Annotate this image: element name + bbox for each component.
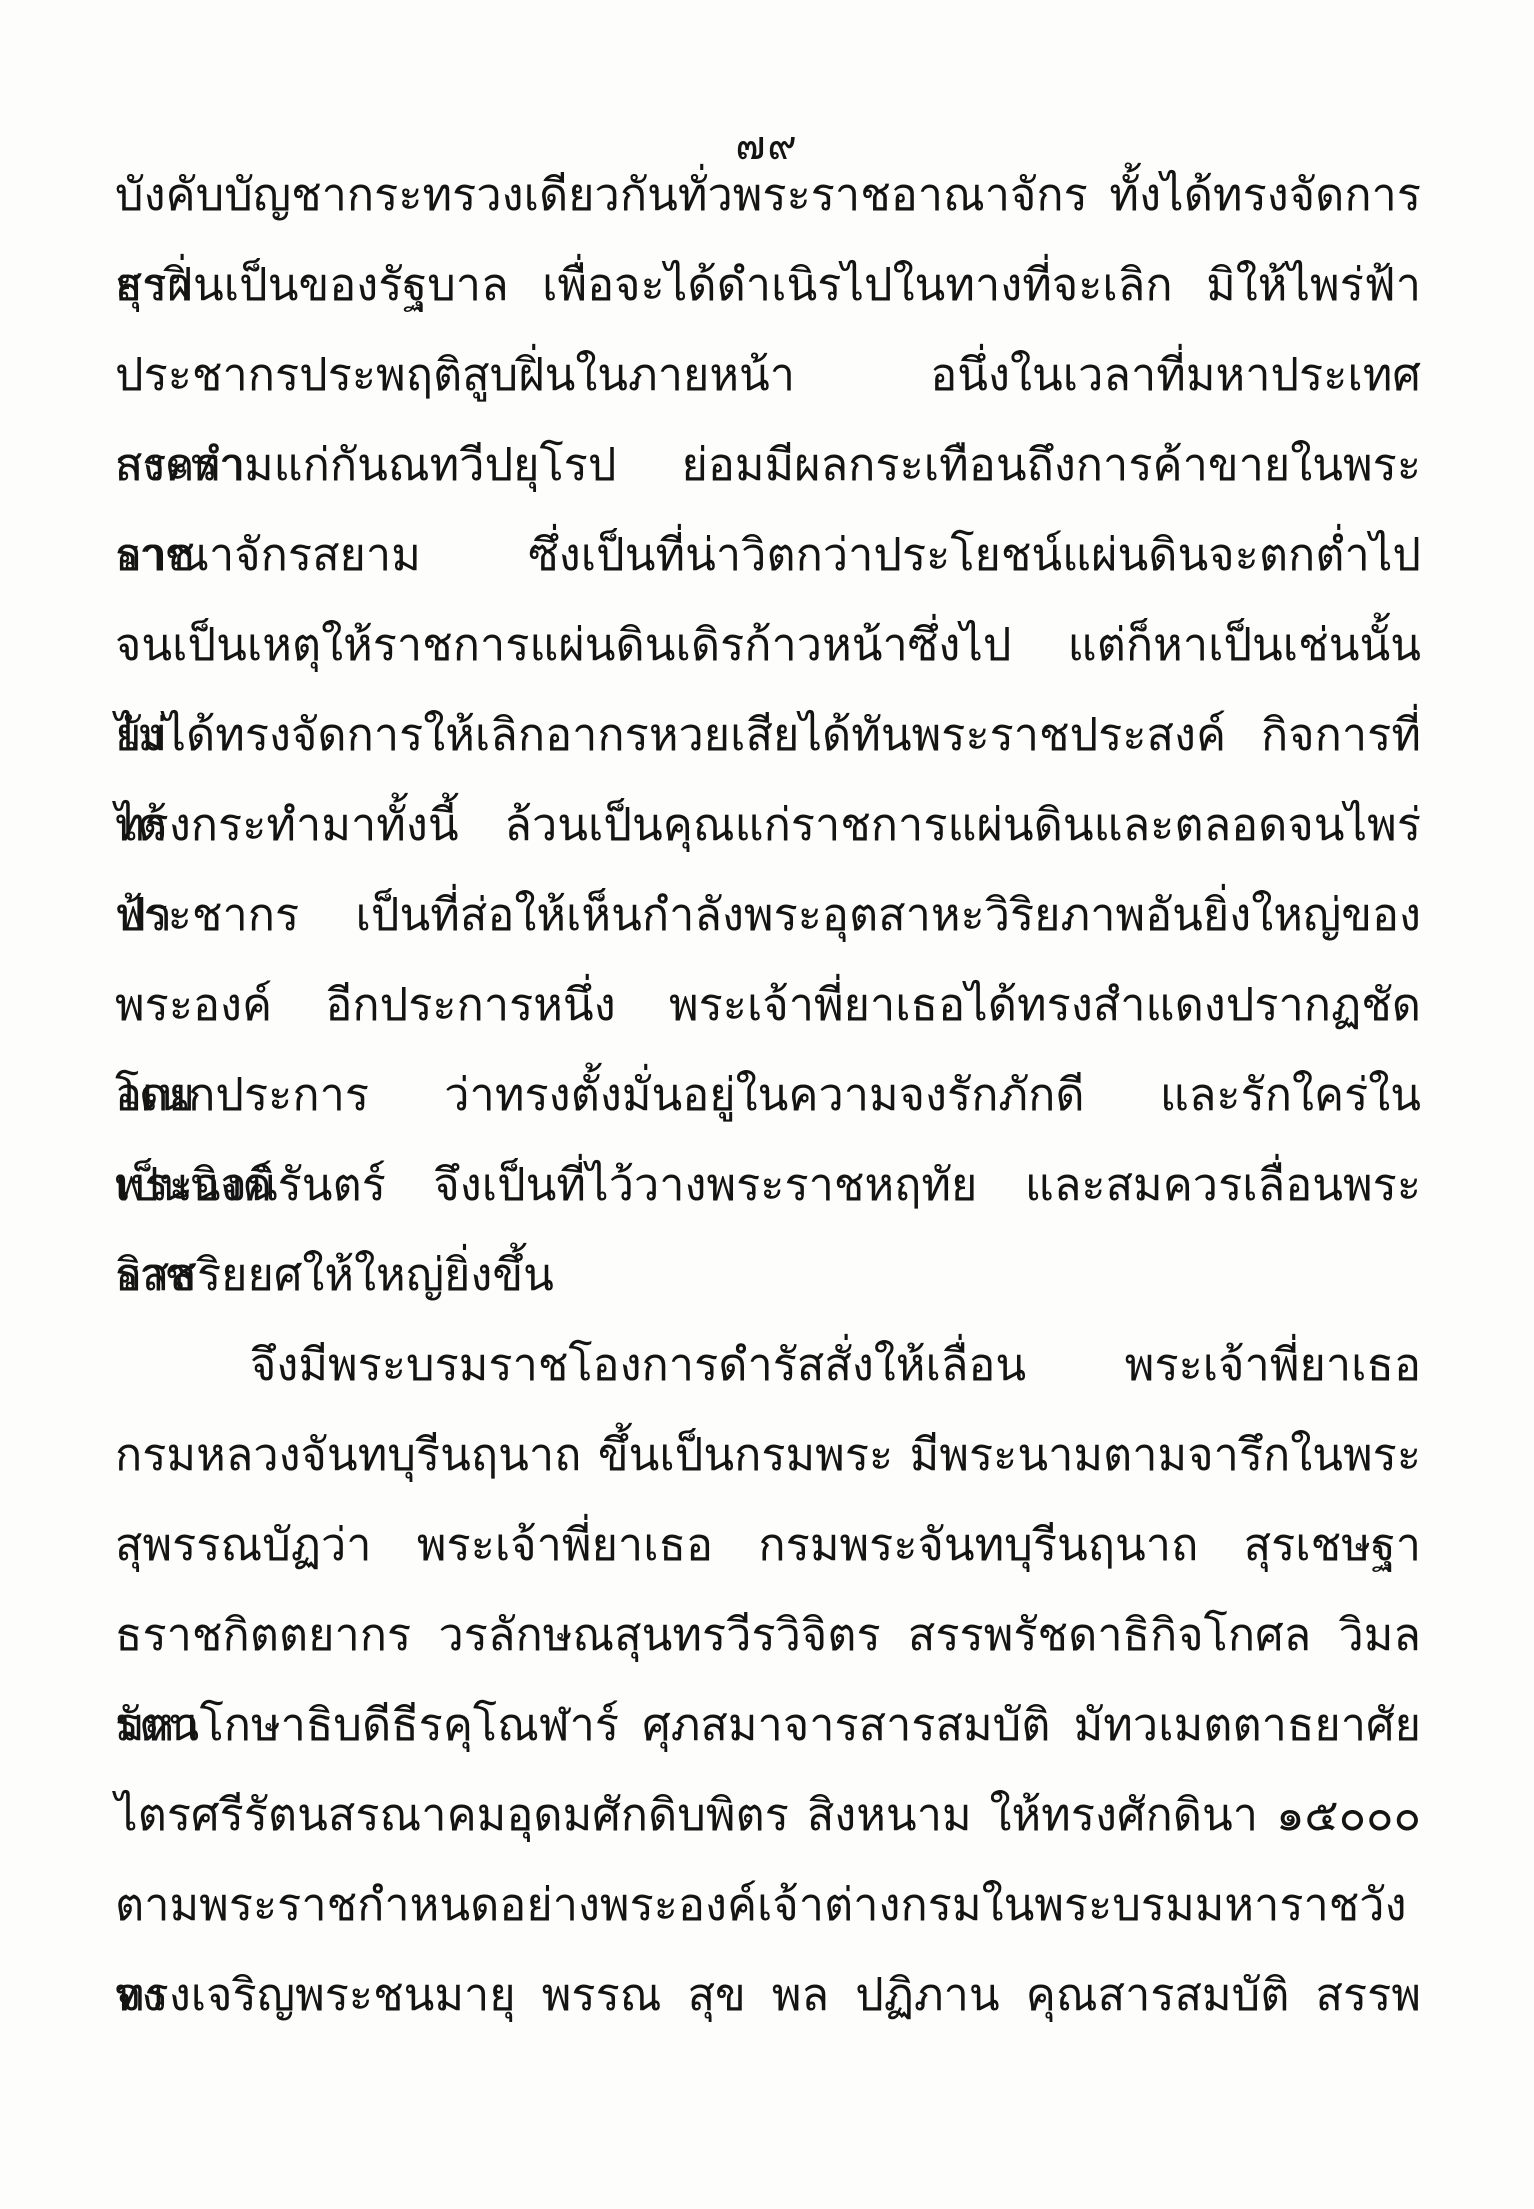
- text-line: ทรงเจริญพระชนมายุ พรรณ สุข พล ปฏิภาน คุณ…: [115, 1950, 1421, 2040]
- text-line: จนเป็นเหตุให้ราชการแผ่นดินเดิรก้าวหน้าซึ…: [115, 600, 1421, 690]
- text-line: บังคับบัญชากระทรวงเดียวกันทั่วพระราชอาณา…: [115, 150, 1421, 240]
- text-line: ประชากรประพฤติสูบฝิ่นในภายหน้า อนึ่งในเว…: [115, 330, 1421, 420]
- text-line-paragraph-start: จึงมีพระบรมราชโองการดำรัสสั่งให้เลื่อน พ…: [115, 1320, 1421, 1410]
- scanned-page: ๗๙ บังคับบัญชากระทรวงเดียวกันทั่วพระราชอ…: [0, 0, 1534, 2209]
- text-line: อาณาจักรสยาม ซึ่งเป็นที่น่าวิตกว่าประโยช…: [115, 510, 1421, 600]
- text-line: ประชากร เป็นที่ส่อให้เห็นกำลังพระอุตสาหะ…: [115, 870, 1421, 960]
- text-line: มหาโกษาธิบดีธีรคุโณฬาร์ ศุภสมาจารสารสมบั…: [115, 1680, 1421, 1770]
- text-line: ไตรศรีรัตนสรณาคมอุดมศักดิบพิตร สิงหนาม ใ…: [115, 1770, 1421, 1860]
- text-line: สุพรรณบัฏว่า พระเจ้าพี่ยาเธอ กรมพระจันทบ…: [115, 1500, 1421, 1590]
- text-line: สงครามแก่กันณทวีปยุโรป ย่อมมีผลกระเทือนถ…: [115, 420, 1421, 510]
- text-block: บังคับบัญชากระทรวงเดียวกันทั่วพระราชอาณา…: [115, 150, 1421, 2040]
- text-line: อิสสริยยศให้ใหญ่ยิ่งขึ้น: [115, 1230, 1421, 1320]
- text-line: เป็นนิจนิรันตร์ จึงเป็นที่ไว้วางพระราชหฤ…: [115, 1140, 1421, 1230]
- text-line: ยังได้ทรงจัดการให้เลิกอากรหวยเสียได้ทันพ…: [115, 690, 1421, 780]
- text-line: ยาฝิ่นเป็นของรัฐบาล เพื่อจะได้ดำเนิรไปใน…: [115, 240, 1421, 330]
- text-line: พระองค์ อีกประการหนึ่ง พระเจ้าพี่ยาเธอได…: [115, 960, 1421, 1050]
- text-line: อเนกประการ ว่าทรงตั้งมั่นอยู่ในความจงรัก…: [115, 1050, 1421, 1140]
- text-line: ตามพระราชกำหนดอย่างพระองค์เจ้าต่างกรมในพ…: [115, 1860, 1421, 1950]
- text-line: ธราชกิตตยากร วรลักษณสุนทรวีรวิจิตร สรรพร…: [115, 1590, 1421, 1680]
- text-line: กรมหลวงจันทบุรีนฤนาถ ขึ้นเป็นกรมพระ มีพร…: [115, 1410, 1421, 1500]
- text-line: ทรงกระทำมาทั้งนี้ ล้วนเป็นคุณแก่ราชการแผ…: [115, 780, 1421, 870]
